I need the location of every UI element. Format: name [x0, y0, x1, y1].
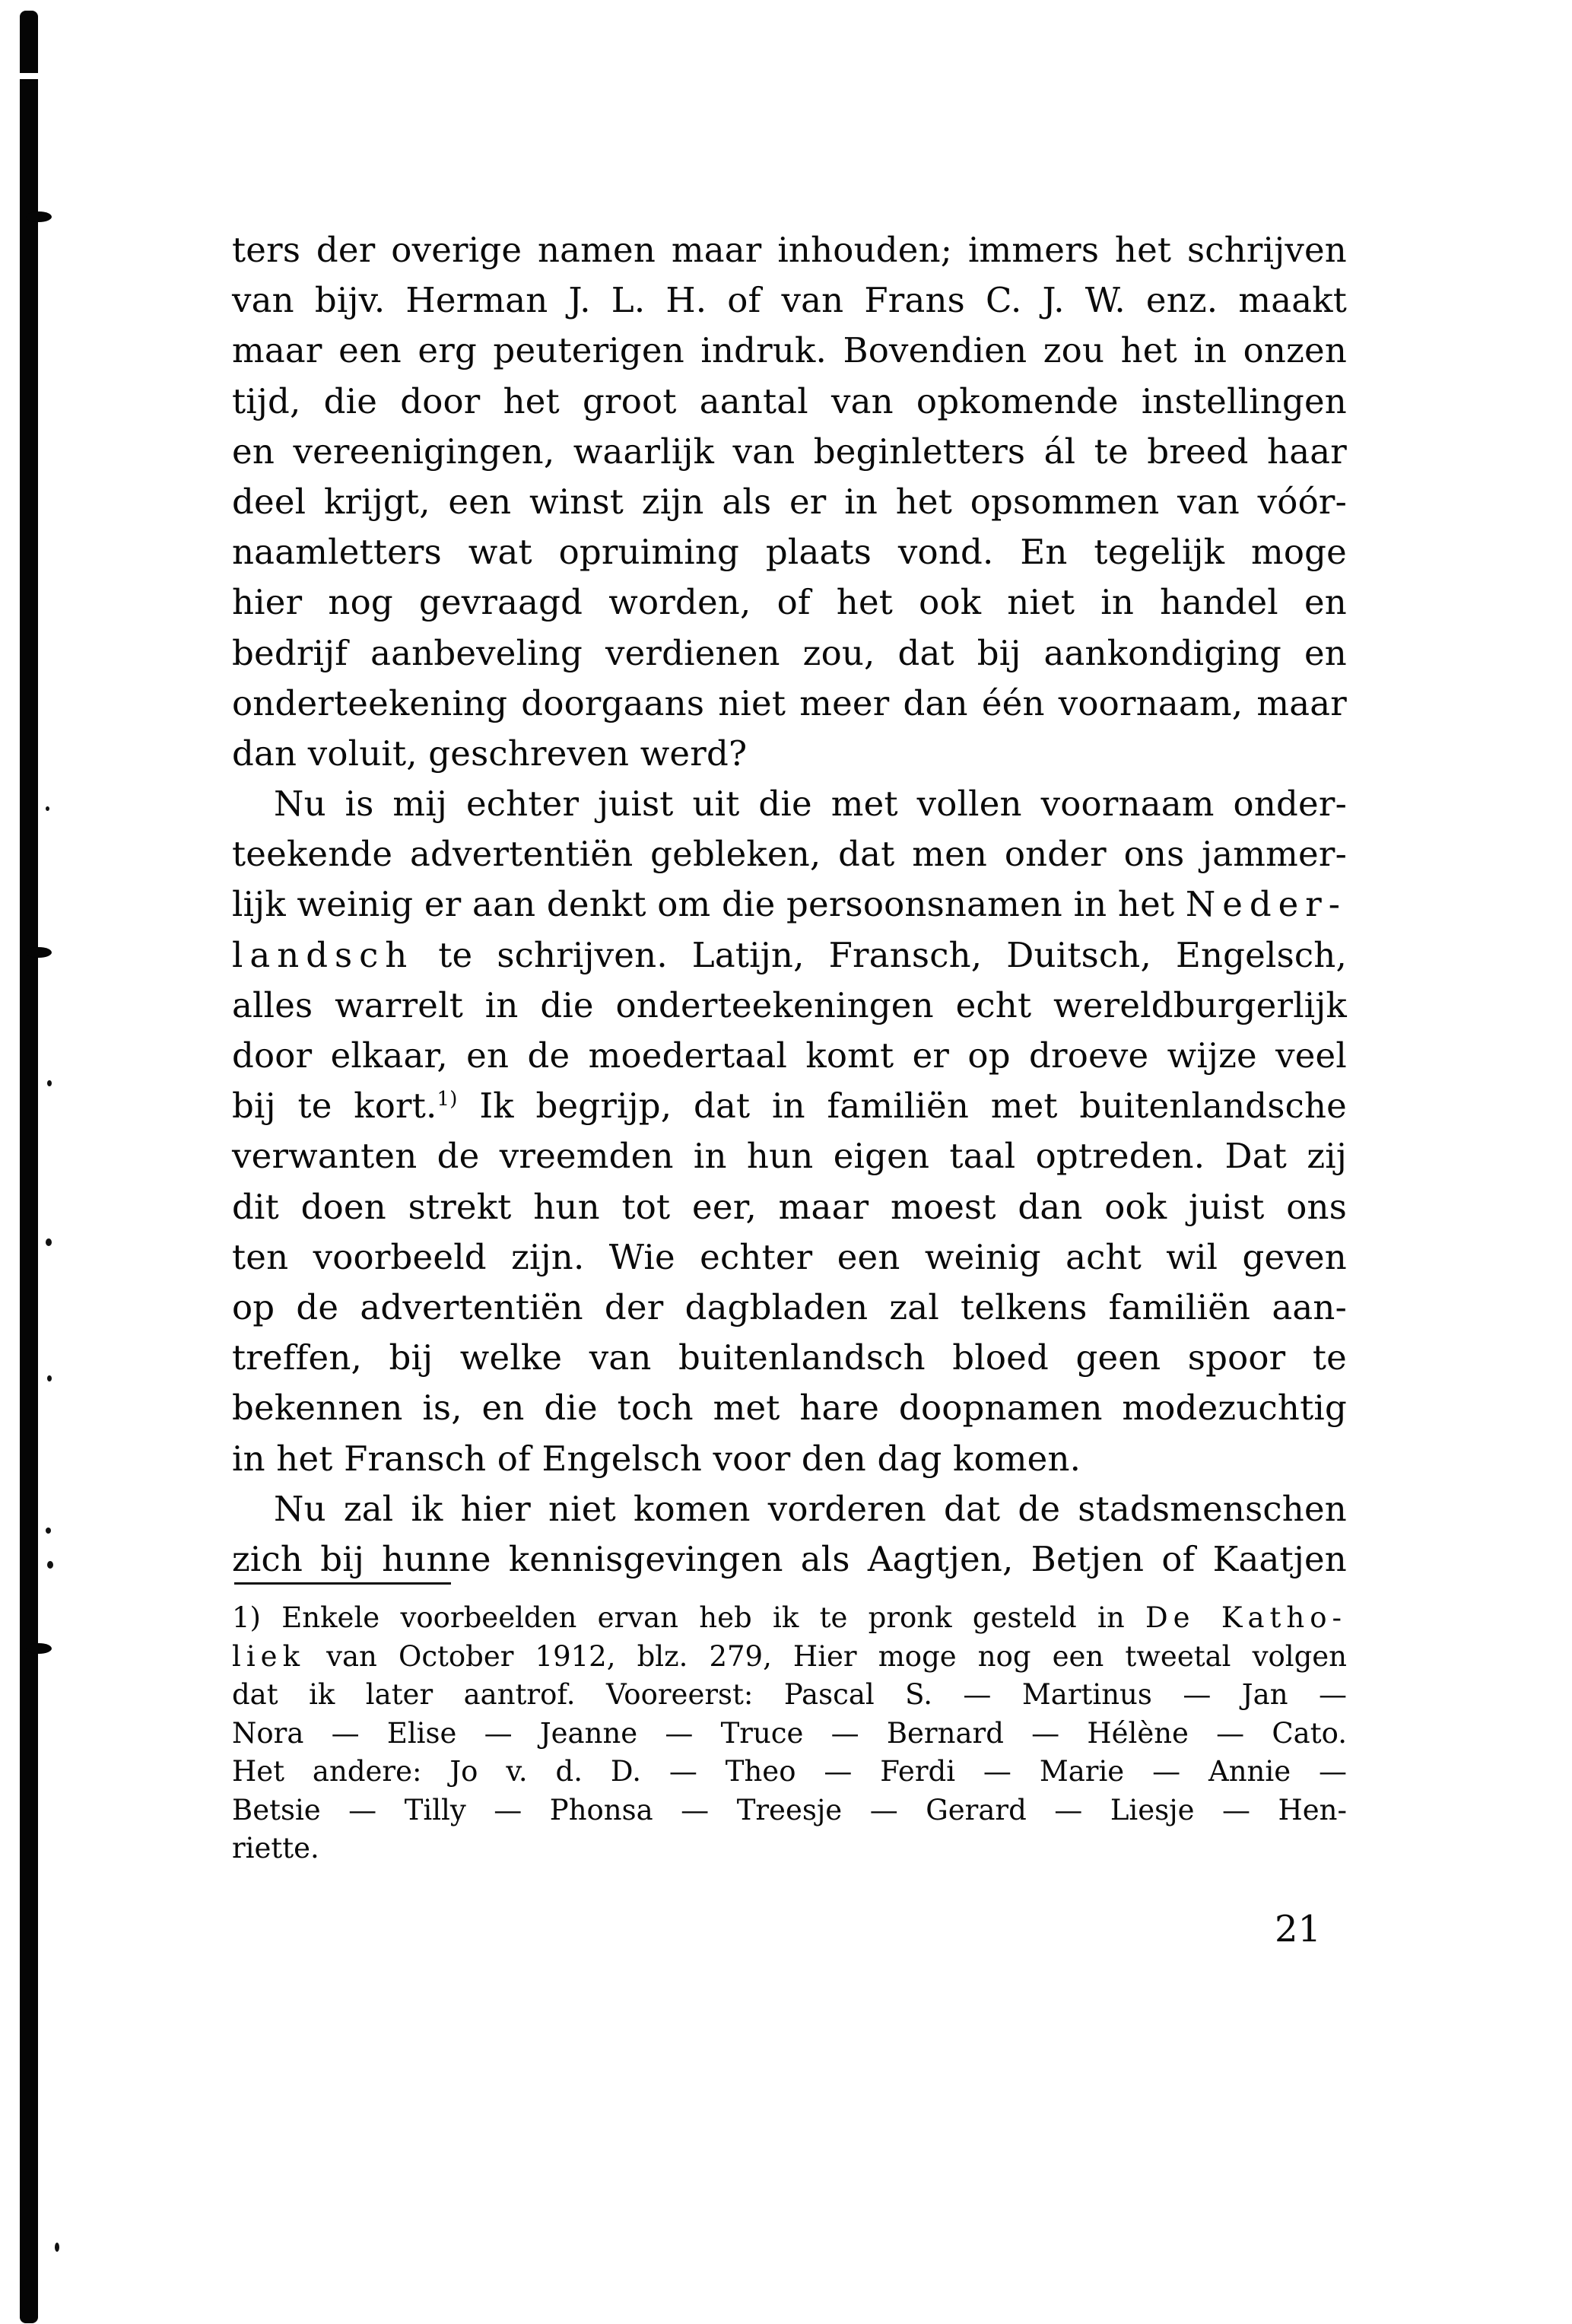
footnote-separator: [234, 1582, 451, 1585]
text-fragment: bij te kort.: [232, 1086, 437, 1126]
text-line: bij te kort.1) Ik begrijp, dat in famili…: [232, 1081, 1347, 1131]
text-line: teekende advertentiën gebleken, dat men …: [232, 829, 1347, 879]
text-fragment: Enkele voorbeelden ervan heb ik te pronk…: [261, 1601, 1145, 1634]
footnote-reference[interactable]: 1): [437, 1088, 458, 1111]
text-line: door elkaar, en de moedertaal komt er op…: [232, 1031, 1347, 1081]
scan-speck: [46, 1528, 51, 1534]
footnote-line: Het andere: Jo v. d. D. — Theo — Ferdi —…: [232, 1753, 1347, 1791]
text-fragment: te schrijven. Latijn, Fransch, Duitsch, …: [438, 935, 1347, 975]
text-line: dit doen strekt hun tot eer, maar moest …: [232, 1182, 1347, 1232]
text-line: ters der overige namen maar inhouden; im…: [232, 225, 1347, 275]
scan-speck: [46, 806, 49, 811]
text-line: in het Fransch of Engelsch voor den dag …: [232, 1434, 1347, 1484]
emphasized-title: De Katho-: [1145, 1601, 1347, 1634]
footnote-line: riette.: [232, 1830, 1347, 1868]
body-text: ters der overige namen maar inhouden; im…: [232, 225, 1347, 1585]
binding-edge-notch: [26, 211, 52, 222]
text-line: bekennen is, en die toch met hare doopna…: [232, 1383, 1347, 1433]
scan-speck: [47, 1375, 52, 1381]
emphasized-word: Neder-: [1186, 884, 1347, 924]
text-line: deel krijgt, een winst zijn als er in he…: [232, 477, 1347, 527]
text-fragment: van October 1912, blz. 279, Hier moge no…: [326, 1640, 1347, 1673]
footnote-marker: 1): [232, 1601, 261, 1634]
footnote-line: Nora — Elise — Jeanne — Truce — Bernard …: [232, 1715, 1347, 1753]
binding-edge: [20, 11, 38, 2323]
page-number: 21: [1275, 1908, 1321, 1950]
text-line: onderteekening doorgaans niet meer dan é…: [232, 679, 1347, 729]
text-line: verwanten de vreemden in hun eigen taal …: [232, 1131, 1347, 1181]
binding-edge-gap: [17, 73, 43, 79]
text-line: op de advertentiën der dagbladen zal tel…: [232, 1283, 1347, 1333]
text-line: en vereenigingen, waarlijk van beginlett…: [232, 427, 1347, 477]
binding-edge-notch: [26, 1643, 52, 1654]
text-line: bedrijf aanbeveling verdienen zou, dat b…: [232, 628, 1347, 679]
binding-edge-notch: [26, 947, 52, 958]
text-line: ten voorbeeld zijn. Wie echter een weini…: [232, 1232, 1347, 1283]
text-line: naamletters wat opruiming plaats vond. E…: [232, 527, 1347, 577]
footnote-line: dat ik later aantrof. Vooreerst: Pascal …: [232, 1676, 1347, 1715]
footnote-line: Betsie — Tilly — Phonsa — Treesje — Gera…: [232, 1791, 1347, 1830]
scan-speck: [55, 2243, 59, 2252]
text-line: tijd, die door het groot aantal van opko…: [232, 377, 1347, 427]
paragraph-start-line: Nu is mij echter juist uit die met volle…: [232, 779, 1347, 829]
footnote-line: liek van October 1912, blz. 279, Hier mo…: [232, 1638, 1347, 1677]
text-line: hier nog gevraagd worden, of het ook nie…: [232, 577, 1347, 628]
scan-speck: [47, 1080, 52, 1086]
text-fragment: Ik begrijp, dat in familiën met buitenla…: [458, 1086, 1347, 1126]
emphasized-title: liek: [232, 1640, 305, 1673]
text-line: landsch te schrijven. Latijn, Fransch, D…: [232, 930, 1347, 981]
paragraph-start-line: Nu zal ik hier niet komen vorderen dat d…: [232, 1484, 1347, 1534]
scan-speck: [46, 1238, 52, 1246]
footnote-line: 1) Enkele voorbeelden ervan heb ik te pr…: [232, 1599, 1347, 1638]
scan-speck: [47, 1561, 53, 1569]
text-line: alles warrelt in die onderteekeningen ec…: [232, 981, 1347, 1031]
text-fragment: lijk weinig er aan denkt om die persoons…: [232, 884, 1186, 924]
text-line: treffen, bij welke van buitenlandsch blo…: [232, 1333, 1347, 1383]
text-line: van bijv. Herman J. L. H. of van Frans C…: [232, 275, 1347, 326]
text-line: dan voluit, geschreven werd?: [232, 729, 1347, 779]
text-line: lijk weinig er aan denkt om die persoons…: [232, 879, 1347, 930]
text-line: zich bij hunne kennisgevingen als Aagtje…: [232, 1534, 1347, 1585]
emphasized-word: landsch: [232, 935, 414, 975]
footnote-block: 1) Enkele voorbeelden ervan heb ik te pr…: [232, 1599, 1347, 1868]
text-line: maar een erg peuterigen indruk. Bovendie…: [232, 326, 1347, 376]
